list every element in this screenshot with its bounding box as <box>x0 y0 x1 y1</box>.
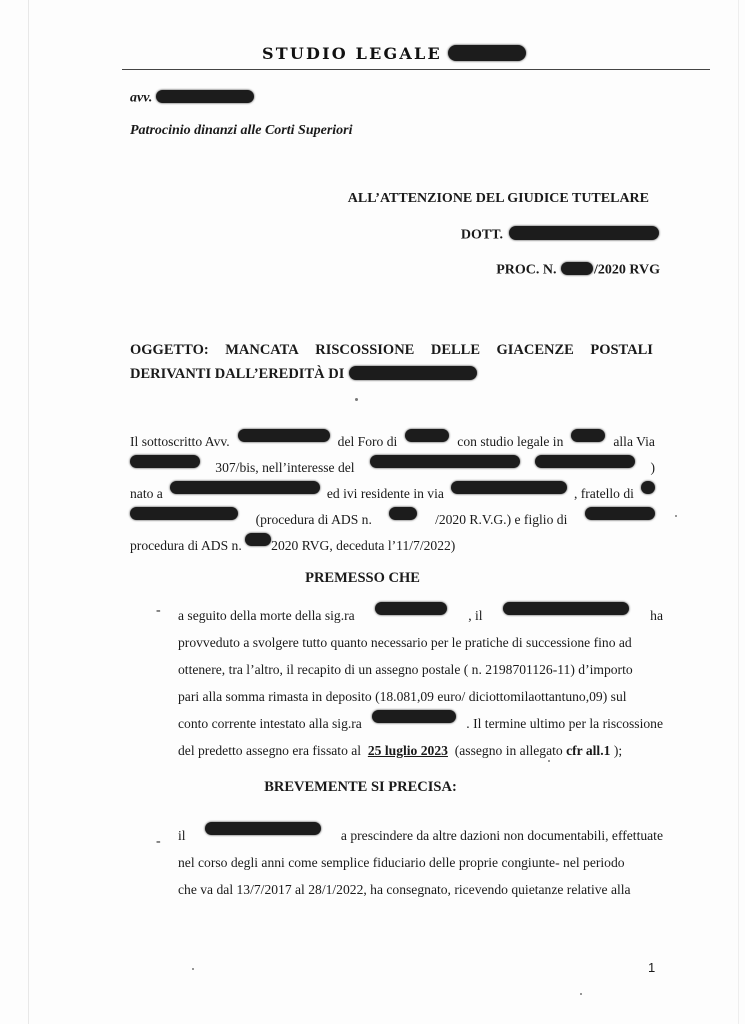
paragraph-line: (procedura di ADS n. /2020 R.V.G.) e fig… <box>130 507 655 533</box>
text: conto corrente intestato alla sig.ra <box>178 710 362 737</box>
text: (procedura di ADS n. <box>256 507 372 533</box>
paragraph-line: che va dal 13/7/2017 al 28/1/2022, ha co… <box>178 876 663 903</box>
letterhead-divider <box>122 69 710 70</box>
paragraph-line: provveduto a svolgere tutto quanto neces… <box>178 629 663 656</box>
text: il <box>178 822 186 849</box>
redaction-mark <box>375 602 447 615</box>
text: del predetto assegno era fissato al <box>178 737 361 764</box>
text: che va dal 13/7/2017 al 28/1/2022, ha co… <box>178 876 631 903</box>
text: /2020 R.V.G.) e figlio di <box>435 507 567 533</box>
addressee-judge: DOTT. <box>461 226 659 243</box>
scan-speck <box>355 398 358 401</box>
bullet-dash: - <box>156 603 161 619</box>
text: pari alla somma rimasta in deposito (18.… <box>178 683 627 710</box>
deadline-date: 25 luglio 2023 <box>368 737 448 764</box>
redaction-mark <box>156 90 254 103</box>
redaction-mark <box>130 507 238 520</box>
author-prefix: avv. <box>130 90 152 105</box>
subject-word: RISCOSSIONE <box>315 338 414 362</box>
author-line: avv. <box>130 90 254 106</box>
redaction-mark <box>585 507 655 520</box>
text: , il <box>468 602 482 629</box>
text: 307/bis, nell’interesse del <box>215 455 354 481</box>
letterhead-title: STUDIO LEGALE <box>262 44 526 63</box>
text: provveduto a svolgere tutto quanto neces… <box>178 629 632 656</box>
redaction-mark <box>405 429 449 442</box>
bullet-dash: - <box>156 834 161 850</box>
page-number: 1 <box>648 960 655 975</box>
paragraph-line: nel corso degli anni come semplice fiduc… <box>178 849 663 876</box>
subject-line-2: DERIVANTI DALL’EREDITÀ DI <box>130 362 653 386</box>
subject-text: DERIVANTI DALL’EREDITÀ DI <box>130 366 344 382</box>
scan-speck <box>548 760 550 762</box>
text: , fratello di <box>574 481 634 507</box>
subject-block: OGGETTO: MANCATA RISCOSSIONE DELLE GIACE… <box>130 338 653 386</box>
bullet-paragraph-2: il a prescindere da altre dazioni non do… <box>178 822 663 903</box>
redaction-mark <box>503 602 629 615</box>
redaction-mark <box>571 429 605 442</box>
text: nel corso degli anni come semplice fiduc… <box>178 849 625 876</box>
redaction-mark <box>370 455 520 468</box>
subject-word: GIACENZE <box>497 338 574 362</box>
text: ed ivi residente in via <box>327 481 444 507</box>
paragraph-line: nato a ed ivi residente in via , fratell… <box>130 481 655 507</box>
section-heading-brevemente: BREVEMENTE SI PRECISA: <box>0 779 733 796</box>
redaction-mark <box>561 262 593 275</box>
text: a prescindere da altre dazioni non docum… <box>341 822 663 849</box>
text: 2020 RVG, deceduta l’11/7/2022) <box>271 533 455 559</box>
paragraph-line: 307/bis, nell’interesse del ) <box>130 455 655 481</box>
scan-speck <box>675 515 677 517</box>
subject-label: OGGETTO: <box>130 338 209 362</box>
redaction-mark <box>205 822 321 835</box>
text: con studio legale in <box>457 429 563 455</box>
paragraph-line: a seguito della morte della sig.ra , il … <box>178 602 663 629</box>
text: ) <box>650 455 655 481</box>
text: procedura di ADS n. <box>130 533 242 559</box>
redaction-mark <box>451 481 567 494</box>
redaction-mark <box>245 533 271 546</box>
redaction-mark <box>130 455 200 468</box>
redaction-mark <box>448 45 526 61</box>
paragraph-line: conto corrente intestato alla sig.ra . I… <box>178 710 663 737</box>
text: a seguito della morte della sig.ra <box>178 602 355 629</box>
redaction-mark <box>509 226 659 240</box>
paragraph-line: il a prescindere da altre dazioni non do… <box>178 822 663 849</box>
addressee-attention: ALL’ATTENZIONE DEL GIUDICE TUTELARE <box>348 191 649 207</box>
document-page: STUDIO LEGALE avv. Patrocinio dinanzi al… <box>0 0 745 1024</box>
text: Il sottoscritto Avv. <box>130 429 230 455</box>
subject-word: DELLE <box>431 338 480 362</box>
bullet-paragraph-1: a seguito della morte della sig.ra , il … <box>178 602 663 764</box>
dott-prefix: DOTT. <box>461 227 503 242</box>
text: . Il termine ultimo per la riscossione <box>466 710 663 737</box>
paragraph-line: ottenere, tra l’altro, il recapito di un… <box>178 656 663 683</box>
text: nato a <box>130 481 163 507</box>
paragraph-line: Il sottoscritto Avv. del Foro di con stu… <box>130 429 655 455</box>
section-heading-premesso: PREMESSO CHE <box>0 570 735 587</box>
subject-word: MANCATA <box>225 338 299 362</box>
text: ); <box>614 737 622 764</box>
proc-suffix: /2020 RVG <box>594 262 660 277</box>
redaction-mark <box>372 710 456 723</box>
procedure-number: PROC. N. /2020 RVG <box>496 262 660 278</box>
redaction-mark <box>641 481 655 494</box>
text: ottenere, tra l’altro, il recapito di un… <box>178 656 633 683</box>
redaction-mark <box>389 507 417 520</box>
paragraph-line: del predetto assegno era fissato al 25 l… <box>178 737 663 764</box>
scan-speck <box>192 968 194 970</box>
text: ha <box>650 602 663 629</box>
proc-prefix: PROC. N. <box>496 262 556 277</box>
paragraph-line: pari alla somma rimasta in deposito (18.… <box>178 683 663 710</box>
redaction-mark <box>349 366 477 380</box>
text: alla Via <box>613 429 655 455</box>
scan-speck <box>580 993 582 995</box>
scan-edge <box>28 0 29 1024</box>
redaction-mark <box>535 455 635 468</box>
author-subtitle: Patrocinio dinanzi alle Corti Superiori <box>130 123 353 139</box>
scan-edge <box>738 0 739 1024</box>
attachment-reference: cfr all.1 <box>566 737 610 764</box>
text: del Foro di <box>338 429 398 455</box>
text: (assegno in allegato <box>455 737 563 764</box>
subject-word: POSTALI <box>590 338 653 362</box>
subject-line-1: OGGETTO: MANCATA RISCOSSIONE DELLE GIACE… <box>130 338 653 362</box>
redaction-mark <box>170 481 320 494</box>
letterhead-text: STUDIO LEGALE <box>262 44 442 63</box>
intro-paragraph: Il sottoscritto Avv. del Foro di con stu… <box>130 429 655 559</box>
paragraph-line: procedura di ADS n. 2020 RVG, deceduta l… <box>130 533 655 559</box>
redaction-mark <box>238 429 330 442</box>
